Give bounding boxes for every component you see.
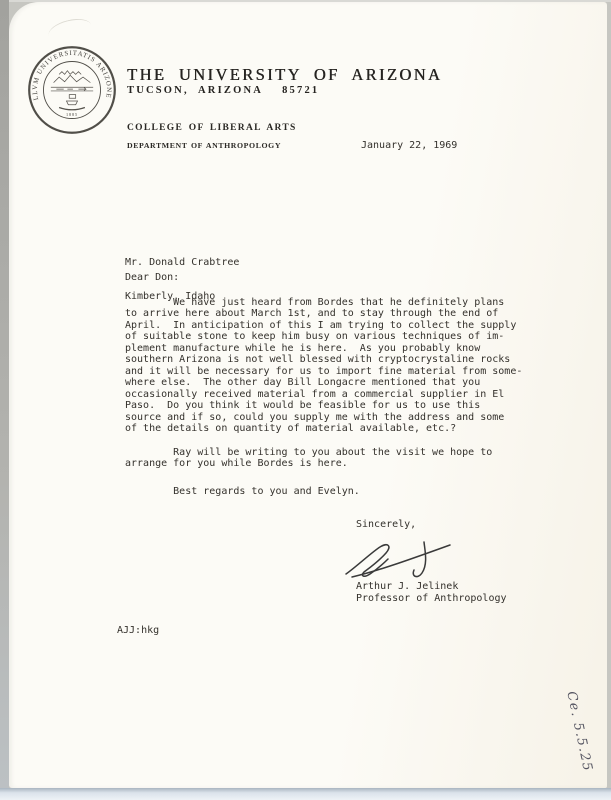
letter-date: January 22, 1969 [361,140,457,151]
scan-bottom-edge [0,788,611,800]
typed-line: of suitable stone to keep him busy on va… [125,331,522,342]
typed-line: of the details on quantity of material a… [125,423,522,434]
university-seal-icon: SIGILLVM UNIVERSITATIS ARIZONENSIS 1885 [26,44,118,136]
typed-line: We have just heard from Bordes that he d… [125,297,522,308]
university-name: THE UNIVERSITY OF ARIZONA [127,65,442,85]
typed-line: southern Arizona is not well blessed wit… [125,354,522,365]
body-paragraph-3: Best regards to you and Evelyn. [125,486,360,497]
body-paragraph-1: We have just heard from Bordes that he d… [125,297,522,434]
closing-sincerely: Sincerely, [356,519,416,530]
university-address: TUCSON, ARIZONA 85721 [127,85,319,96]
college-name: COLLEGE OF LIBERAL ARTS [127,123,297,133]
typed-line: Best regards to you and Evelyn. [125,486,360,497]
signature-icon [338,538,456,578]
seal-year: 1885 [66,112,78,117]
typed-line: plement manufacture while he is here. As… [125,343,522,354]
typed-line: Paso. Do you think it would be feasible … [125,400,522,411]
typed-line: and it will be necessary for us to impor… [125,366,522,377]
signature-name: Arthur J. Jelinek [356,581,458,592]
scanned-letter: SIGILLVM UNIVERSITATIS ARIZONENSIS 1885 … [0,0,611,800]
recipient-name: Mr. Donald Crabtree [125,257,239,268]
department-name: DEPARTMENT OF ANTHROPOLOGY [127,141,281,150]
scan-left-edge [0,0,9,800]
reference-initials: AJJ:hkg [117,625,159,636]
signature-title: Professor of Anthropology [356,593,507,604]
body-paragraph-2: Ray will be writing to you about the vis… [125,447,492,470]
typed-line: where else. The other day Bill Longacre … [125,377,522,388]
typed-line: occasionally received material from a co… [125,389,522,400]
typed-line: to arrive here about March 1st, and to s… [125,308,522,319]
salutation: Dear Don: [125,272,179,283]
typed-line: Ray will be writing to you about the vis… [125,447,492,458]
typed-line: April. In anticipation of this I am tryi… [125,320,522,331]
typed-line: source and if so, could you supply me wi… [125,412,522,423]
typed-line: arrange for you while Bordes is here. [125,458,492,469]
